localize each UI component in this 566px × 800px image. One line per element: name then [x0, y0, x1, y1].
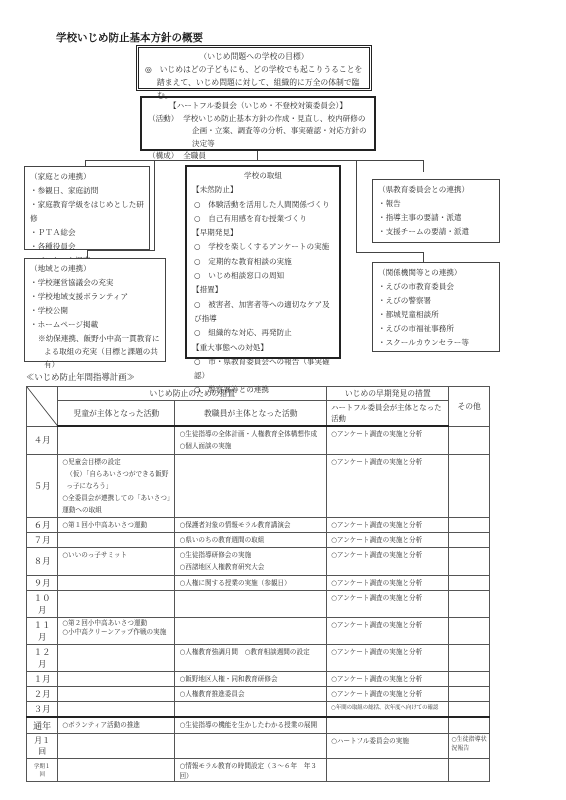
annual-plan-table: いじめ防止のための措置 いじめの早期発見の措置 その他 児童が主体となった活動 …: [26, 386, 490, 782]
staff-cell: ○生徒指導の全体計画・人権教育全体構想作成○個人面談の実施: [175, 426, 327, 454]
header-other: その他: [449, 387, 490, 427]
month-cell: ９月: [27, 575, 58, 590]
students-cell: [58, 701, 175, 717]
students-cell: ○ボランティア活動の推進: [58, 717, 175, 734]
table-row: １０月 ○アンケート調査の実施と分析: [27, 590, 490, 617]
connector-line: [257, 151, 258, 160]
staff-cell: ○県いのちの教育週間の取組: [175, 532, 327, 547]
table-row: １月 ○飯野地区人権・同和教育研修会 ○アンケート調査の実施と分析: [27, 671, 490, 686]
agencies-heading: （関係機関等との連携）: [378, 266, 494, 280]
committee-cell: ○アンケート調査の実施と分析: [327, 426, 449, 454]
community-item: ・学校運営協議会の充実: [30, 276, 160, 290]
table-row: ３月 ○年間の取組の総括、次年度へ向けての確認: [27, 701, 490, 717]
community-item: ・学校地域支援ボランティア: [30, 290, 160, 304]
staff-cell: [175, 701, 327, 717]
school-item: ○ 組織的な対応、再発防止: [192, 326, 334, 340]
committee-activity: 学校いじめ防止基本方針の作成・見直し、校内研修の企画・立案、調査等の分析、事実確…: [183, 114, 366, 148]
connector-line: [356, 252, 423, 253]
school-section-label: 【早期発見】: [192, 226, 334, 240]
staff-cell: ○情報モラル教育の時間設定（３～６年 年３回）: [175, 758, 327, 781]
header-committee: ハートフル委員会が主体となった活動: [327, 401, 449, 427]
connector-line: [423, 252, 424, 262]
staff-cell: ○人権教育推進委員会: [175, 686, 327, 701]
students-cell: [58, 758, 175, 781]
committee-cell: ○アンケート調査の実施と分析: [327, 575, 449, 590]
prefecture-box: （県教育委員会との連携） ・報告 ・指導主事の要請・派遣 ・支援チームの要請・派…: [372, 179, 500, 243]
other-cell: [449, 590, 490, 617]
other-cell: [449, 575, 490, 590]
committee-activity-label: （活動）: [148, 114, 178, 123]
school-item: ○ 自己有用感を育む授業づくり: [192, 212, 334, 226]
other-cell: [449, 617, 490, 644]
prefecture-item: ・指導主事の要請・派遣: [378, 211, 494, 225]
goal-box: （いじめ問題への学校の目標） ◎ いじめはどの子どもにも、どの学校でも起こりうる…: [136, 45, 372, 91]
students-cell: [58, 575, 175, 590]
committee-cell: ○アンケート調査の実施と分析: [327, 671, 449, 686]
school-item: ○ 体験活動を活用した人間関係づくり: [192, 198, 334, 212]
other-cell: [449, 426, 490, 454]
staff-cell: ○生徒指導研修会の実施○西諸地区人権教育研究大会: [175, 547, 327, 575]
school-heading: 学校の取組: [192, 169, 334, 183]
other-cell: [449, 454, 490, 517]
students-cell: [58, 733, 175, 758]
school-item: ○ 学校を楽しくするアンケートの実施: [192, 240, 334, 254]
prefecture-heading: （県教育委員会との連携）: [378, 183, 494, 197]
students-cell: [58, 590, 175, 617]
school-item: ○ 被害者、加害者等への適切なケア及び指導: [192, 298, 334, 327]
other-cell: [449, 517, 490, 532]
other-cell: ○生徒指導状況報告: [449, 733, 490, 758]
committee-members: 全職員: [183, 151, 206, 160]
month-cell: 通年: [27, 717, 58, 734]
month-cell: １０月: [27, 590, 58, 617]
other-cell: [449, 686, 490, 701]
header-students: 児童が主体となった活動: [58, 401, 175, 427]
month-cell: 学期１回: [27, 758, 58, 781]
family-heading: （家庭との連携）: [30, 170, 144, 184]
table-row: １１月 ○第２回小中高あいさつ運動○小中高クリーンアップ作戦の実施 ○アンケート…: [27, 617, 490, 644]
table-row: ４月 ○生徒指導の全体計画・人権教育全体構想作成○個人面談の実施 ○アンケート調…: [27, 426, 490, 454]
committee-cell: ○年間の取組の総括、次年度へ向けての確認: [327, 701, 449, 717]
connector-line: [154, 160, 155, 250]
goal-heading: （いじめ問題への学校の目標）: [145, 50, 363, 63]
committee-cell: ○アンケート調査の実施と分析: [327, 644, 449, 671]
committee-cell: ○アンケート調査の実施と分析: [327, 547, 449, 575]
month-cell: ３月: [27, 701, 58, 717]
connector-line: [85, 160, 423, 161]
staff-cell: ○生徒指導の機能を生かしたわかる授業の展開: [175, 717, 327, 734]
committee-members-label: （構成）: [148, 151, 178, 160]
committee-cell: [327, 717, 449, 734]
table-row: ８月 ○いいのっ子サミット ○生徒指導研修会の実施○西諸地区人権教育研究大会 ○…: [27, 547, 490, 575]
other-cell: [449, 532, 490, 547]
month-cell: ２月: [27, 686, 58, 701]
diagonal-corner-cell: [27, 387, 58, 427]
table-row: ９月 ○人権に関する授業の実施（参観日） ○アンケート調査の実施と分析: [27, 575, 490, 590]
school-section-label: 【措置】: [192, 283, 334, 297]
agencies-item: ・スクールカウンセラー等: [378, 336, 494, 350]
agencies-box: （関係機関等との連携） ・えびの市教育委員会 ・えびの警察署 ・都城児童相談所 …: [372, 262, 500, 352]
table-row: ５月 ○児童会目標の設定 （仮）「自らあいさつができる飯野っ子になろう」 ○全委…: [27, 454, 490, 517]
table-row: 通年 ○ボランティア活動の推進 ○生徒指導の機能を生かしたわかる授業の展開: [27, 717, 490, 734]
students-cell: ○第１回小中高あいさつ運動: [58, 517, 175, 532]
students-cell: [58, 686, 175, 701]
family-item: ・参観日、家庭訪問: [30, 184, 144, 198]
community-note: ※幼保連携、飯野小中高一貫教育による取組の充実（目標と課題の共有）: [30, 332, 160, 371]
other-cell: [449, 644, 490, 671]
prefecture-item: ・支援チームの要請・派遣: [378, 225, 494, 239]
table-row: 学期１回 ○情報モラル教育の時間設定（３～６年 年３回）: [27, 758, 490, 781]
table-row: 月１回 ○ハートフル委員会の実施 ○生徒指導状況報告: [27, 733, 490, 758]
students-cell: [58, 426, 175, 454]
committee-box: 【ハートフル委員会（いじめ・不登校対策委員会）】 （活動） 学校いじめ防止基本方…: [140, 96, 376, 151]
committee-cell: ○アンケート調査の実施と分析: [327, 532, 449, 547]
other-cell: [449, 717, 490, 734]
month-cell: ７月: [27, 532, 58, 547]
month-cell: １１月: [27, 617, 58, 644]
community-item: ・ホームページ掲載: [30, 318, 160, 332]
staff-cell: ○保護者対象の情報モラル教育講演会: [175, 517, 327, 532]
month-cell: ６月: [27, 517, 58, 532]
staff-cell: [175, 733, 327, 758]
connector-line: [356, 160, 357, 252]
month-cell: １２月: [27, 644, 58, 671]
family-item: ・ＰＴＡ総会: [30, 226, 144, 240]
other-cell: [449, 758, 490, 781]
committee-cell: ○ハートフル委員会の実施: [327, 733, 449, 758]
family-item: ・各種役員会: [30, 240, 144, 254]
connector-line: [423, 160, 424, 172]
month-cell: ５月: [27, 454, 58, 517]
students-cell: ○児童会目標の設定 （仮）「自らあいさつができる飯野っ子になろう」 ○全委員会が…: [58, 454, 175, 517]
staff-cell: [175, 454, 327, 517]
staff-cell: ○人権教育強調月間 ○教育相談週間の設定: [175, 644, 327, 671]
header-prevention: いじめ防止のための措置: [58, 387, 327, 401]
staff-cell: ○人権に関する授業の実施（参観日）: [175, 575, 327, 590]
community-item: ・学校公開: [30, 304, 160, 318]
committee-heading: 【ハートフル委員会（いじめ・不登校対策委員会）】: [148, 100, 368, 113]
committee-cell: ○アンケート調査の実施と分析: [327, 686, 449, 701]
students-cell: [58, 532, 175, 547]
community-heading: （地域との連携）: [30, 262, 160, 276]
agencies-item: ・えびの警察署: [378, 294, 494, 308]
header-staff: 教職員が主体となった活動: [175, 401, 327, 427]
header-early-detection: いじめの早期発見の措置: [327, 387, 449, 401]
month-cell: 月１回: [27, 733, 58, 758]
table-row: ７月 ○県いのちの教育週間の取組 ○アンケート調査の実施と分析: [27, 532, 490, 547]
school-item: ○ 市・県教育委員会への報告（事実確認）: [192, 355, 334, 384]
table-row: １２月 ○人権教育強調月間 ○教育相談週間の設定 ○アンケート調査の実施と分析: [27, 644, 490, 671]
school-item: ○ いじめ相談窓口の周知: [192, 269, 334, 283]
community-box: （地域との連携） ・学校運営協議会の充実 ・学校地域支援ボランティア ・学校公開…: [24, 258, 166, 362]
month-cell: １月: [27, 671, 58, 686]
month-cell: ８月: [27, 547, 58, 575]
family-box: （家庭との連携） ・参観日、家庭訪問 ・家庭教育学級をはじめとした研修 ・ＰＴＡ…: [24, 166, 150, 250]
school-section-label: 【重大事態への対処】: [192, 341, 334, 355]
month-cell: ４月: [27, 426, 58, 454]
plan-title: ≪いじめ防止年間指導計画≫: [26, 371, 135, 383]
family-item: ・家庭教育学級をはじめとした研修: [30, 198, 144, 226]
students-cell: ○いいのっ子サミット: [58, 547, 175, 575]
prefecture-item: ・報告: [378, 197, 494, 211]
diagonal-line-icon: [27, 387, 57, 426]
school-item: ○ 定期的な教育相談の実施: [192, 255, 334, 269]
committee-cell: ○アンケート調査の実施と分析: [327, 454, 449, 517]
staff-cell: [175, 617, 327, 644]
students-cell: [58, 644, 175, 671]
other-cell: [449, 701, 490, 717]
agencies-item: ・えびの市福祉事務所: [378, 322, 494, 336]
document-title: 学校いじめ防止基本方針の概要: [56, 30, 203, 45]
agencies-item: ・えびの市教育委員会: [378, 280, 494, 294]
school-section-label: 【未然防止】: [192, 183, 334, 197]
other-cell: [449, 671, 490, 686]
school-box: 学校の取組 【未然防止】 ○ 体験活動を活用した人間関係づくり ○ 自己有用感を…: [185, 165, 341, 359]
table-row: ２月 ○人権教育推進委員会 ○アンケート調査の実施と分析: [27, 686, 490, 701]
committee-cell: ○アンケート調査の実施と分析: [327, 617, 449, 644]
agencies-item: ・都城児童相談所: [378, 308, 494, 322]
staff-cell: [175, 590, 327, 617]
staff-cell: ○飯野地区人権・同和教育研修会: [175, 671, 327, 686]
students-cell: ○第２回小中高あいさつ運動○小中高クリーンアップ作戦の実施: [58, 617, 175, 644]
committee-cell: [327, 758, 449, 781]
other-cell: [449, 547, 490, 575]
table-row: ６月 ○第１回小中高あいさつ運動 ○保護者対象の情報モラル教育講演会 ○アンケー…: [27, 517, 490, 532]
committee-cell: ○アンケート調査の実施と分析: [327, 517, 449, 532]
students-cell: [58, 671, 175, 686]
committee-cell: ○アンケート調査の実施と分析: [327, 590, 449, 617]
